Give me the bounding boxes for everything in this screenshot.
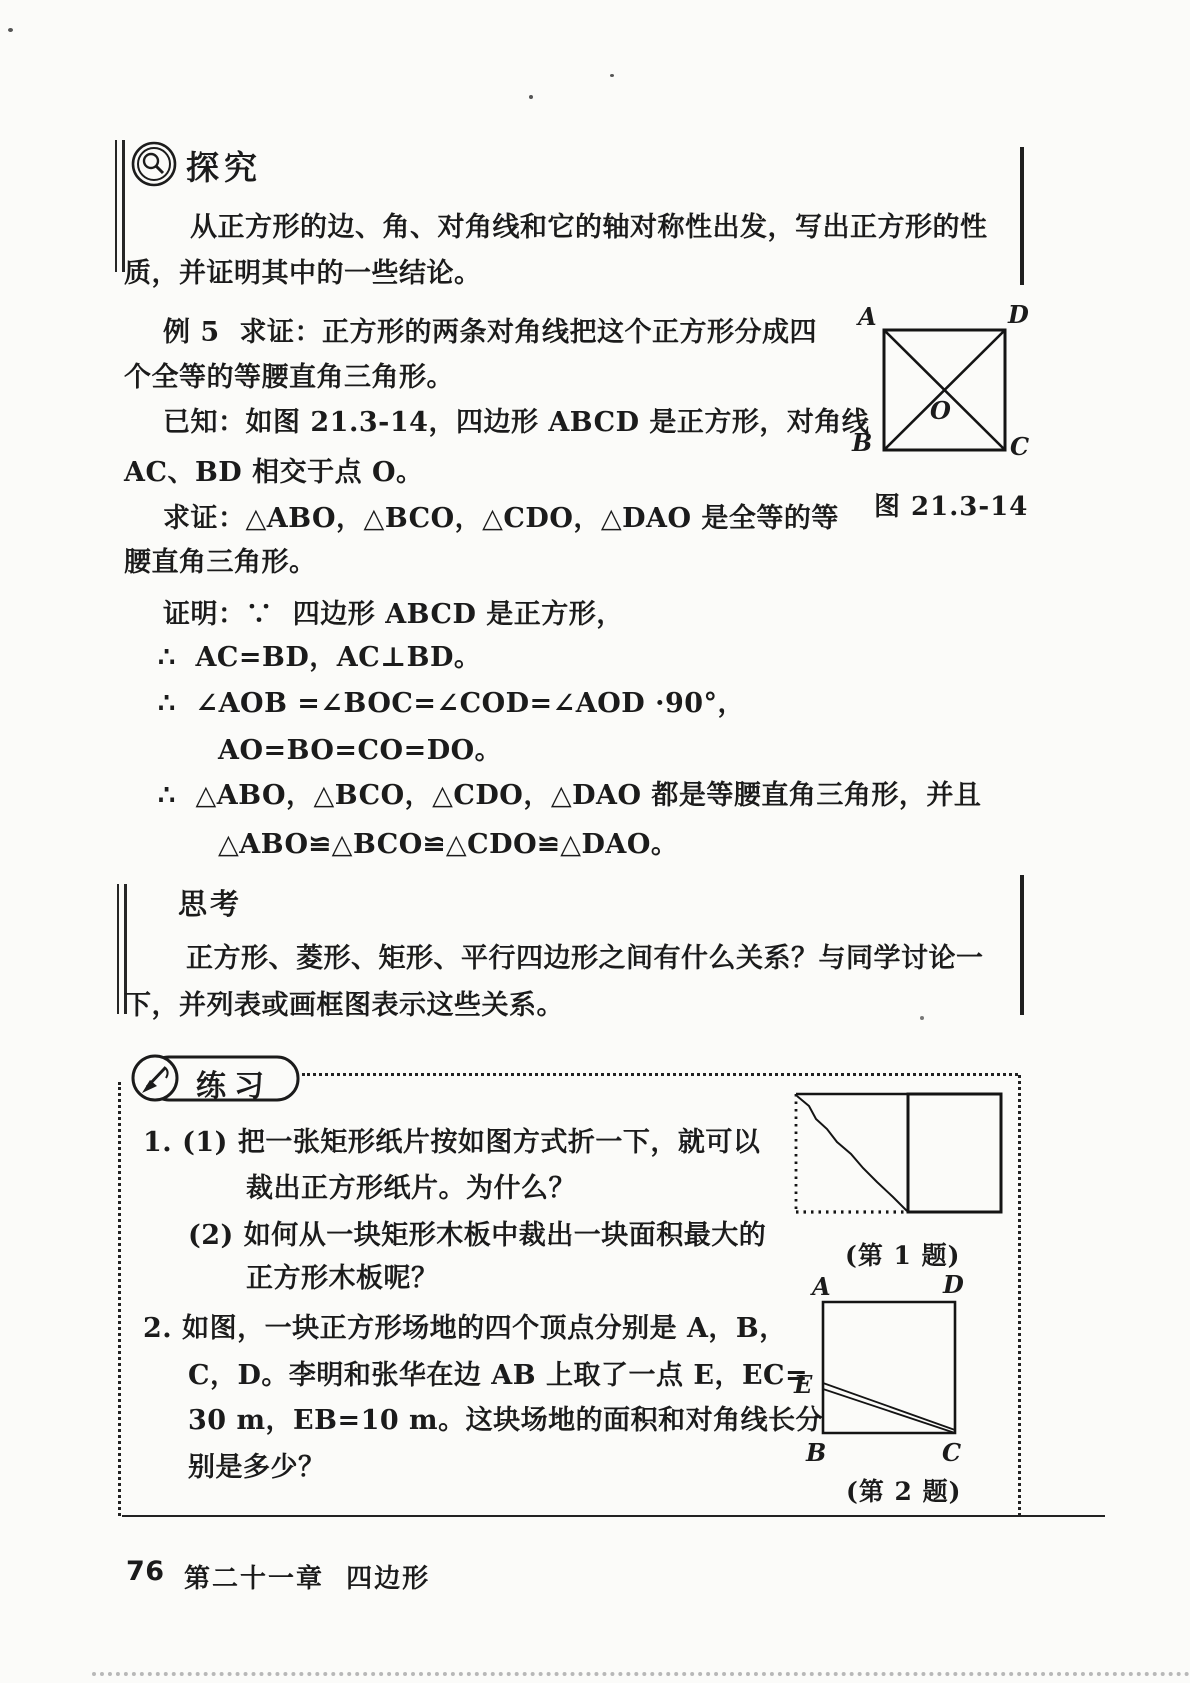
example-line: 个全等的等腰直角三角形。 <box>124 355 454 394</box>
exercise-2-line: 30 m，EB=10 m。这块场地的面积和对角线长分 <box>188 1398 823 1437</box>
vertex-label-b: B <box>852 428 872 457</box>
example-line: 例 5 求证：正方形的两条对角线把这个正方形分成四 <box>163 310 817 349</box>
vertex-label-d: D <box>1008 300 1029 329</box>
example-line: 已知：如图 21.3-14，四边形 ABCD 是正方形，对角线 <box>163 400 869 439</box>
example-line: ∴ △ABO，△BCO，△CDO，△DAO 都是等腰直角三角形，并且 <box>158 773 981 812</box>
vertex-label-c: C <box>942 1438 961 1467</box>
explore-badge-icon <box>130 140 178 188</box>
practice-figure-1 <box>793 1090 1005 1216</box>
explore-heading: 探究 <box>186 142 262 189</box>
practice-figure-1-caption: (第 1 题) <box>845 1236 960 1272</box>
vertex-label-o: O <box>930 396 951 425</box>
practice-box-bottom-border <box>122 1515 1105 1517</box>
example-line: AC、BD 相交于点 O。 <box>124 450 424 489</box>
scan-edge <box>92 1672 1190 1676</box>
practice-heading: 练习 <box>196 1061 272 1105</box>
scan-speck <box>610 74 614 77</box>
practice-figure-2 <box>817 1296 963 1438</box>
example-line: 腰直角三角形。 <box>124 540 317 579</box>
exercise-2-line: 2. 如图，一块正方形场地的四个顶点分别是 A，B， <box>143 1306 787 1345</box>
think-text-line: 正方形、菱形、矩形、平行四边形之间有什么关系？与同学讨论一 <box>186 936 984 975</box>
explore-text-line: 从正方形的边、角、对角线和它的轴对称性出发，写出正方形的性 <box>190 205 988 244</box>
vertex-label-c: C <box>1010 432 1029 461</box>
exercise-1-line: 裁出正方形纸片。为什么？ <box>246 1166 576 1205</box>
explore-right-rule <box>1020 147 1024 285</box>
think-right-rule <box>1020 875 1024 1015</box>
exercise-1-line: 1. (1) 把一张矩形纸片按如图方式折一下，就可以 <box>143 1120 760 1159</box>
scan-speck <box>529 95 533 99</box>
practice-box-right-border <box>1018 1075 1021 1516</box>
figure-caption: 图 21.3-14 <box>874 486 1028 523</box>
practice-figure-2-caption: (第 2 题) <box>846 1472 961 1508</box>
example-line: 求证：△ABO，△BCO，△CDO，△DAO 是全等的等 <box>163 496 839 535</box>
exercise-2-line: 别是多少？ <box>188 1445 326 1484</box>
exercise-2-line: C，D。李明和张华在边 AB 上取了一点 E，EC= <box>188 1353 808 1392</box>
exercise-1-line: (2) 如何从一块矩形木板中裁出一块面积最大的 <box>188 1213 766 1252</box>
think-heading: 思考 <box>178 882 242 923</box>
example-line: ∴ ∠AOB =∠BOC=∠COD=∠AOD ·90°， <box>158 681 745 720</box>
page-number: 76 <box>126 1556 165 1587</box>
scan-speck <box>920 1016 924 1020</box>
textbook-page: 探究 从正方形的边、角、对角线和它的轴对称性出发，写出正方形的性 质，并证明其中… <box>0 0 1190 1683</box>
vertex-label-a: A <box>812 1272 831 1301</box>
example-line: AO=BO=CO=DO。 <box>218 728 502 767</box>
example-line: △ABO≌△BCO≌△CDO≌△DAO。 <box>218 822 678 861</box>
example-line: 证明：∵ 四边形 ABCD 是正方形， <box>163 592 624 631</box>
practice-box-top-border <box>302 1073 1018 1076</box>
exercise-1-line: 正方形木板呢？ <box>246 1256 439 1295</box>
scan-speck <box>8 28 13 32</box>
vertex-label-b: B <box>806 1438 826 1467</box>
vertex-label-a: A <box>858 302 877 331</box>
think-text-line: 下，并列表或画框图表示这些关系。 <box>124 983 564 1022</box>
vertex-label-e: E <box>794 1370 812 1399</box>
vertex-label-d: D <box>943 1270 964 1299</box>
practice-box-left-border <box>118 1082 121 1516</box>
explore-text-line: 质，并证明其中的一些结论。 <box>124 251 482 290</box>
example-line: ∴ AC=BD，AC⊥BD。 <box>158 635 481 674</box>
chapter-title: 第二十一章 四边形 <box>184 1558 430 1595</box>
